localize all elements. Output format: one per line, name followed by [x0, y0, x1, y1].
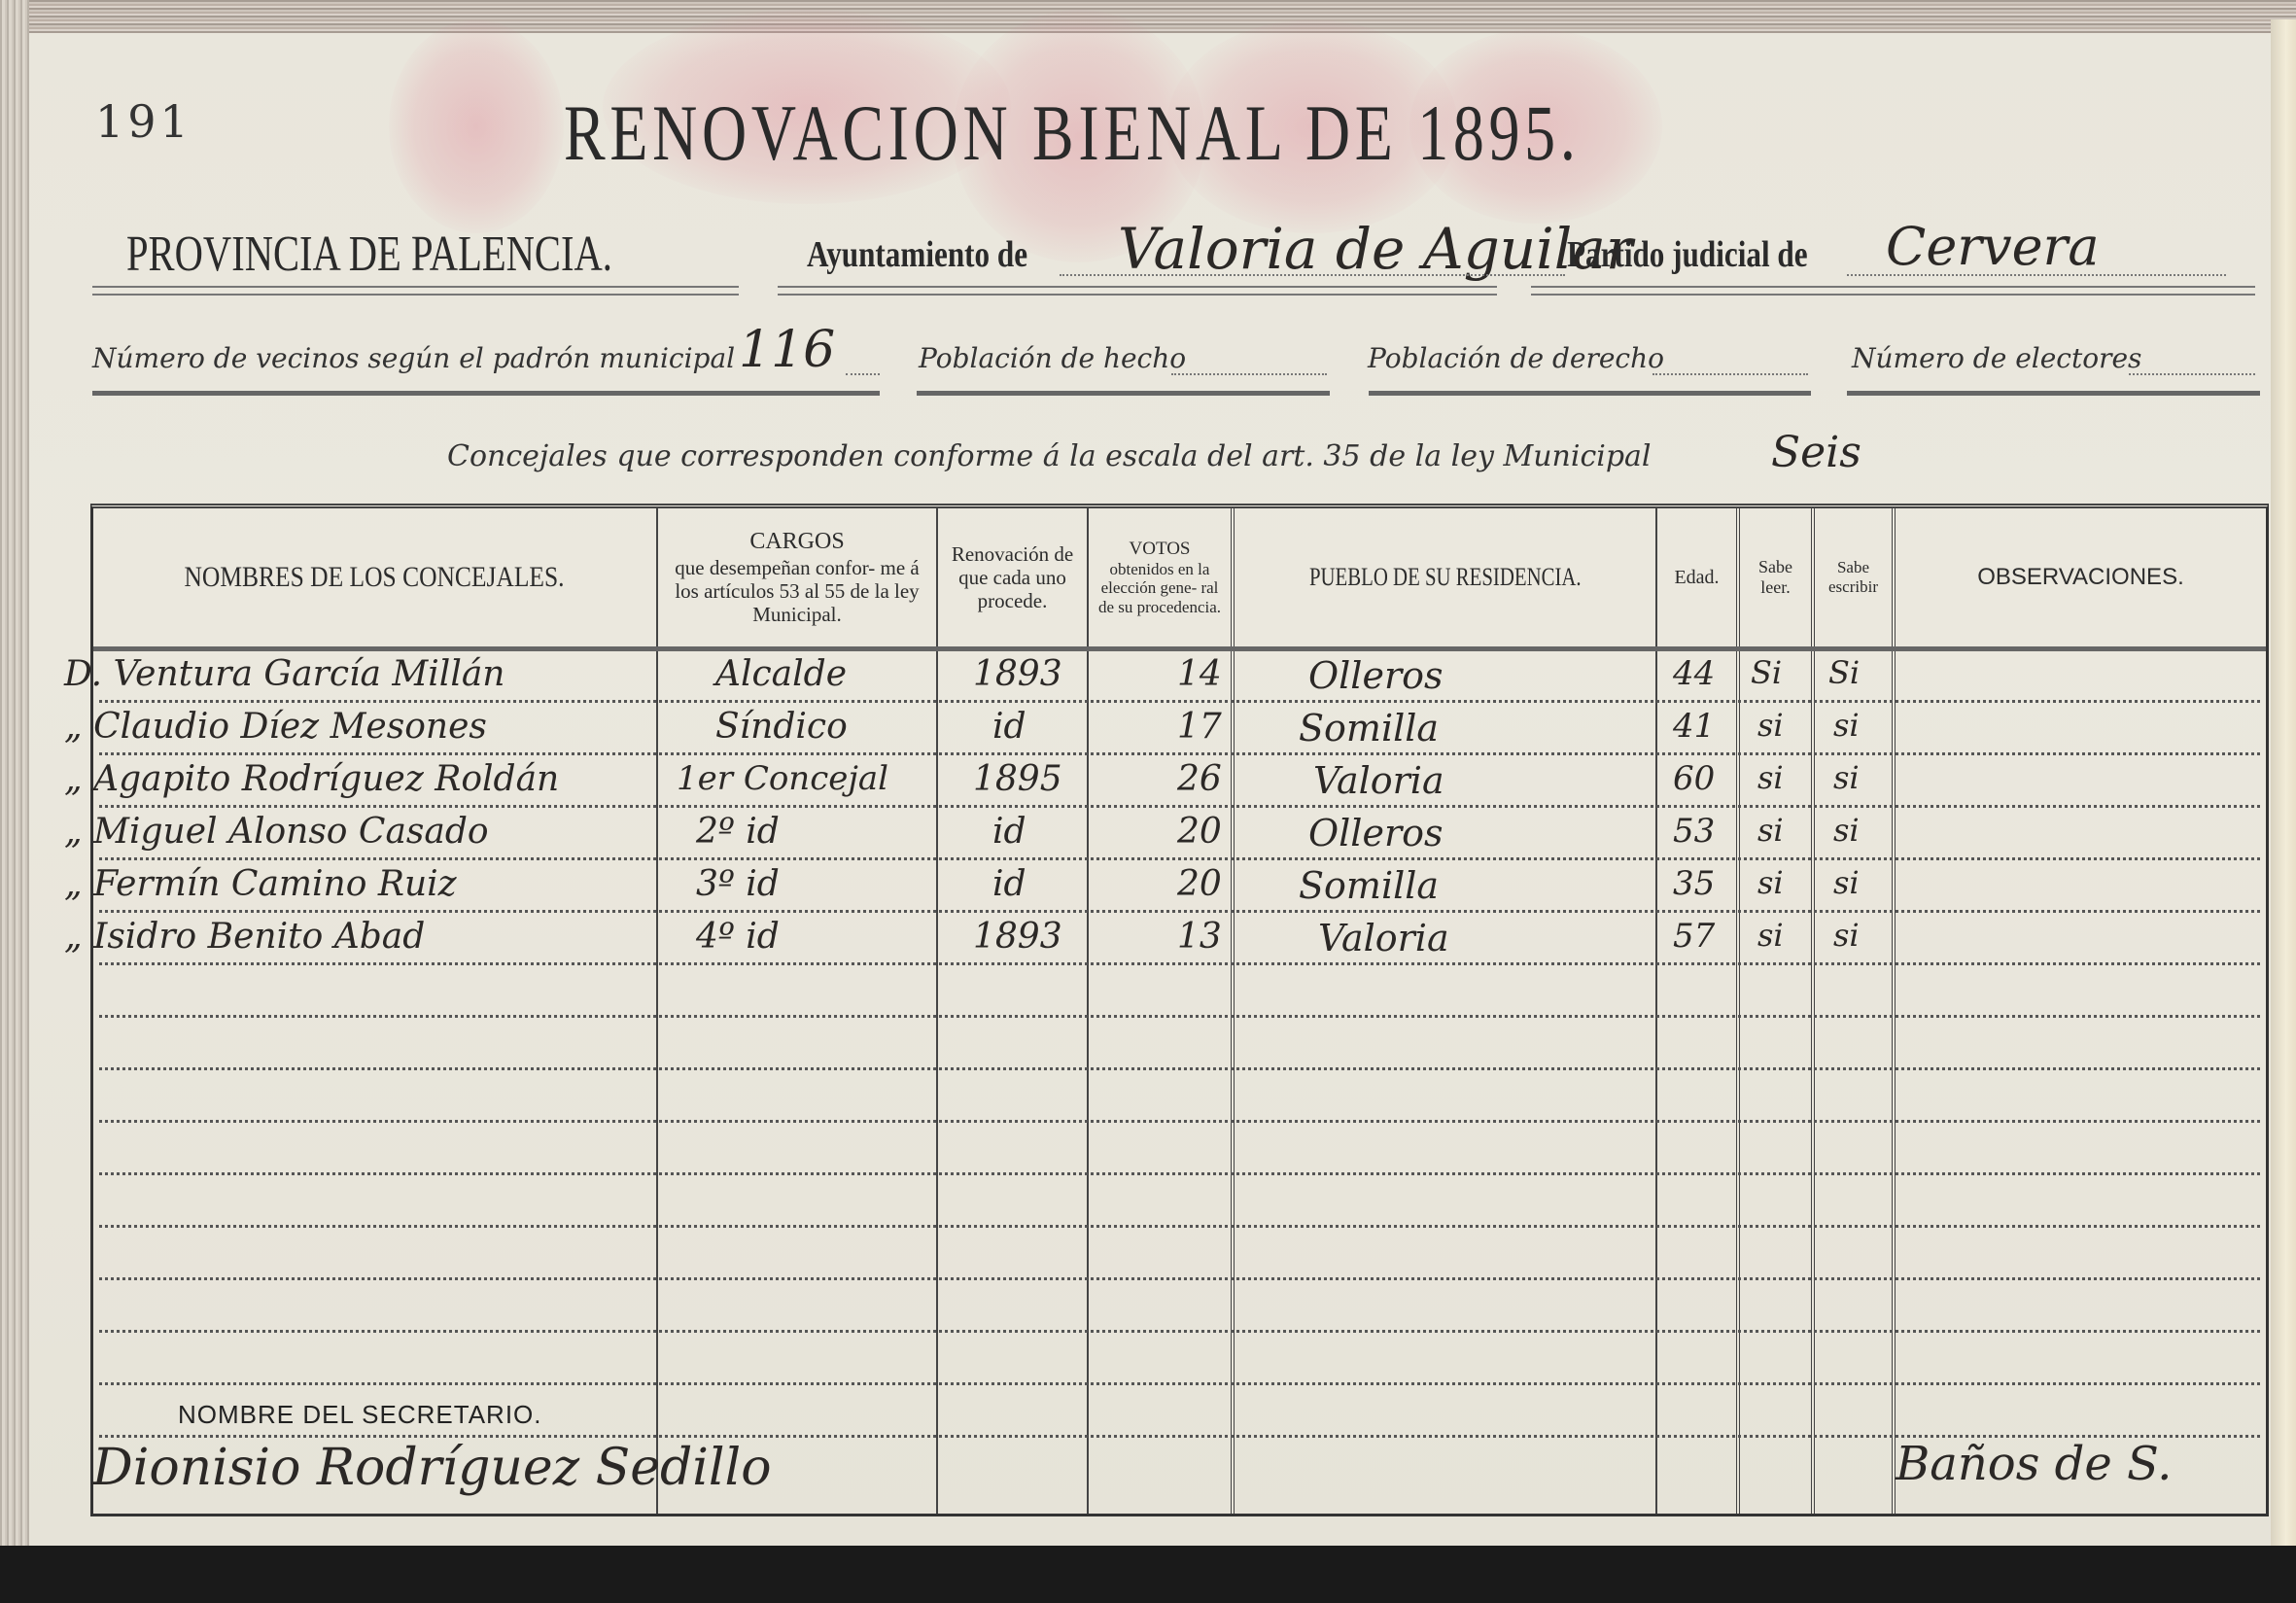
cell-renovacion[interactable]: 1893 — [973, 654, 1062, 694]
page-edge-left — [0, 0, 29, 1546]
column-header-label: OBSERVACIONES. — [1977, 564, 2184, 591]
double-rule — [778, 286, 1497, 296]
row-rule — [99, 1382, 2260, 1385]
column-header-sabe-escribir: Sabe escribir — [1815, 508, 1892, 646]
cell-renovacion[interactable]: id — [992, 707, 1026, 747]
column-header-label: PUEBLO DE SU RESIDENCIA. — [1309, 563, 1582, 592]
column-divider — [1892, 508, 1896, 1514]
cell-edad[interactable]: 44 — [1673, 654, 1715, 693]
column-header-cargos: CARGOS que desempeñan confor- me á los a… — [658, 508, 936, 646]
cell-sabe-leer[interactable]: si — [1757, 707, 1784, 744]
red-stain — [389, 19, 564, 233]
page-edge-top — [0, 0, 2296, 33]
row-rule — [99, 1015, 2260, 1018]
column-divider — [936, 508, 938, 1514]
cell-edad[interactable]: 53 — [1673, 812, 1715, 851]
cell-pueblo[interactable]: Olleros — [1308, 654, 1444, 697]
cell-nombre[interactable]: „ Miguel Alonso Casado — [64, 812, 489, 852]
cell-sabe-leer[interactable]: si — [1757, 812, 1784, 849]
row-rule — [99, 1277, 2260, 1280]
column-header-label: que desempeñan confor- me á los artículo… — [671, 556, 923, 626]
row-rule — [99, 1225, 2260, 1228]
cell-sabe-leer[interactable]: si — [1757, 864, 1784, 901]
cell-sabe-leer[interactable]: si — [1757, 917, 1784, 954]
concejales-table: NOMBRES DE LOS CONCEJALES. CARGOS que de… — [90, 504, 2269, 1516]
row-rule — [99, 1120, 2260, 1123]
column-header-label: obtenidos en la elección gene- ral de su… — [1095, 560, 1226, 617]
cell-sabe-escribir[interactable]: si — [1833, 707, 1860, 744]
cell-pueblo[interactable]: Valoria — [1318, 917, 1449, 959]
cell-renovacion[interactable]: 1895 — [973, 759, 1062, 799]
cell-sabe-escribir[interactable]: si — [1833, 759, 1860, 796]
cell-nombre[interactable]: „ Isidro Benito Abad — [64, 917, 425, 957]
row-rule — [99, 700, 2260, 703]
header-rule — [93, 646, 2266, 651]
secretario-label: NOMBRE DEL SECRETARIO. — [178, 1400, 542, 1430]
cell-sabe-leer[interactable]: si — [1757, 759, 1784, 796]
partido-judicial-label: Partido judicial de — [1567, 233, 1808, 276]
cell-pueblo[interactable]: Somilla — [1299, 707, 1439, 749]
column-header-label: Renovación de que cada uno procede. — [950, 542, 1076, 612]
double-rule — [92, 286, 739, 296]
column-header-votos: VOTOS obtenidos en la elección gene- ral… — [1089, 508, 1231, 646]
cell-pueblo[interactable]: Somilla — [1299, 864, 1439, 907]
row-rule — [99, 1330, 2260, 1333]
poblacion-derecho-field[interactable] — [1652, 373, 1808, 375]
vecinos-field[interactable]: 116 — [739, 321, 835, 379]
ayuntamiento-label: Ayuntamiento de — [807, 233, 1027, 276]
concejales-field[interactable]: Seis — [1771, 428, 1861, 477]
register-page: 191 RENOVACION BIENAL DE 1895. PROVINCIA… — [0, 0, 2296, 1546]
cell-votos[interactable]: 20 — [1177, 812, 1222, 852]
cell-renovacion[interactable]: 1893 — [973, 917, 1062, 957]
column-header-title: VOTOS — [1130, 539, 1191, 560]
column-divider — [1811, 508, 1815, 1514]
column-header-sabe-leer: Sabe leer. — [1740, 508, 1811, 646]
column-header-observaciones: OBSERVACIONES. — [1896, 508, 2266, 646]
concejales-label: Concejales que corresponden conforme á l… — [447, 439, 1652, 473]
column-header-label: Edad. — [1674, 567, 1719, 589]
row-rule — [99, 805, 2260, 808]
cell-edad[interactable]: 41 — [1673, 707, 1715, 746]
cell-sabe-escribir[interactable]: si — [1833, 812, 1860, 849]
column-divider — [1736, 508, 1740, 1514]
page-number: 191 — [95, 95, 192, 148]
thick-rule — [92, 391, 880, 396]
cell-votos[interactable]: 20 — [1177, 864, 1222, 904]
cell-nombre[interactable]: „ Agapito Rodríguez Roldán — [64, 759, 559, 799]
column-header-pueblo: PUEBLO DE SU RESIDENCIA. — [1235, 508, 1655, 646]
cell-cargo[interactable]: Alcalde — [715, 654, 847, 694]
column-header-label: Sabe escribir — [1820, 558, 1888, 596]
column-divider — [656, 508, 658, 1514]
cell-edad[interactable]: 60 — [1673, 759, 1715, 798]
secretario-field[interactable]: Dionisio Rodríguez Sedillo — [92, 1439, 772, 1497]
column-header-title: CARGOS — [749, 529, 844, 556]
thick-rule — [1369, 391, 1811, 396]
cell-sabe-leer[interactable]: Si — [1751, 654, 1782, 691]
cell-cargo[interactable]: 4º id — [696, 917, 780, 957]
electores-label: Número de electores — [1852, 342, 2141, 374]
row-rule — [99, 1067, 2260, 1070]
ayuntamiento-field[interactable]: Valoria de Aguilar — [1118, 216, 1633, 282]
row-rule — [99, 752, 2260, 755]
vecinos-label: Número de vecinos según el padrón munici… — [92, 342, 735, 374]
cell-pueblo[interactable]: Valoria — [1313, 759, 1444, 802]
column-header-edad: Edad. — [1657, 508, 1736, 646]
thick-rule — [917, 391, 1330, 396]
provincia-heading: PROVINCIA DE PALENCIA. — [126, 226, 612, 283]
cell-edad[interactable]: 35 — [1673, 864, 1715, 903]
cell-cargo[interactable]: 2º id — [696, 812, 780, 852]
cell-sabe-escribir[interactable]: si — [1833, 864, 1860, 901]
row-rule — [99, 910, 2260, 913]
cell-nombre[interactable]: „ Claudio Díez Mesones — [64, 707, 487, 747]
row-rule — [99, 962, 2260, 965]
cell-pueblo[interactable]: Olleros — [1308, 812, 1444, 854]
dotted-rule — [1847, 274, 2226, 276]
cell-sabe-escribir[interactable]: Si — [1828, 654, 1860, 691]
electores-field[interactable] — [2129, 373, 2255, 375]
cell-votos[interactable]: 17 — [1177, 707, 1222, 747]
column-header-renovacion: Renovación de que cada uno procede. — [938, 508, 1087, 646]
cell-cargo[interactable]: 3º id — [696, 864, 780, 904]
cell-sabe-escribir[interactable]: si — [1833, 917, 1860, 954]
cell-cargo[interactable]: Síndico — [715, 707, 848, 747]
column-header-label: NOMBRES DE LOS CONCEJALES. — [185, 561, 565, 595]
cell-edad[interactable]: 57 — [1673, 917, 1715, 956]
double-rule — [1531, 286, 2255, 296]
cell-nombre[interactable]: „ Fermín Camino Ruiz — [64, 864, 457, 904]
cell-renovacion[interactable]: id — [992, 812, 1026, 852]
dotted-rule — [1060, 274, 1565, 276]
poblacion-hecho-label: Población de hecho — [919, 342, 1186, 374]
poblacion-derecho-label: Población de derecho — [1368, 342, 1664, 374]
column-divider — [1655, 508, 1657, 1514]
cell-votos[interactable]: 26 — [1177, 759, 1222, 799]
column-divider — [1087, 508, 1089, 1514]
thick-rule — [1847, 391, 2260, 396]
partido-judicial-field[interactable]: Cervera — [1886, 216, 2100, 277]
dotted-rule — [846, 373, 880, 375]
observaciones-footer-note[interactable]: Baños de S. — [1896, 1437, 2172, 1491]
row-rule — [99, 1172, 2260, 1175]
row-rule — [99, 857, 2260, 860]
cell-votos[interactable]: 13 — [1177, 917, 1222, 957]
column-header-label: Sabe leer. — [1752, 557, 1800, 597]
cell-nombre[interactable]: D. Ventura García Millán — [64, 654, 504, 694]
poblacion-hecho-field[interactable] — [1171, 373, 1327, 375]
cell-votos[interactable]: 14 — [1177, 654, 1222, 694]
column-header-nombres: NOMBRES DE LOS CONCEJALES. — [93, 508, 656, 646]
page-edge-right — [2271, 19, 2296, 1546]
cell-cargo[interactable]: 1er Concejal — [677, 759, 888, 798]
column-divider — [1231, 508, 1235, 1514]
page-title: RENOVACION BIENAL DE 1895. — [564, 87, 1581, 179]
cell-renovacion[interactable]: id — [992, 864, 1026, 904]
